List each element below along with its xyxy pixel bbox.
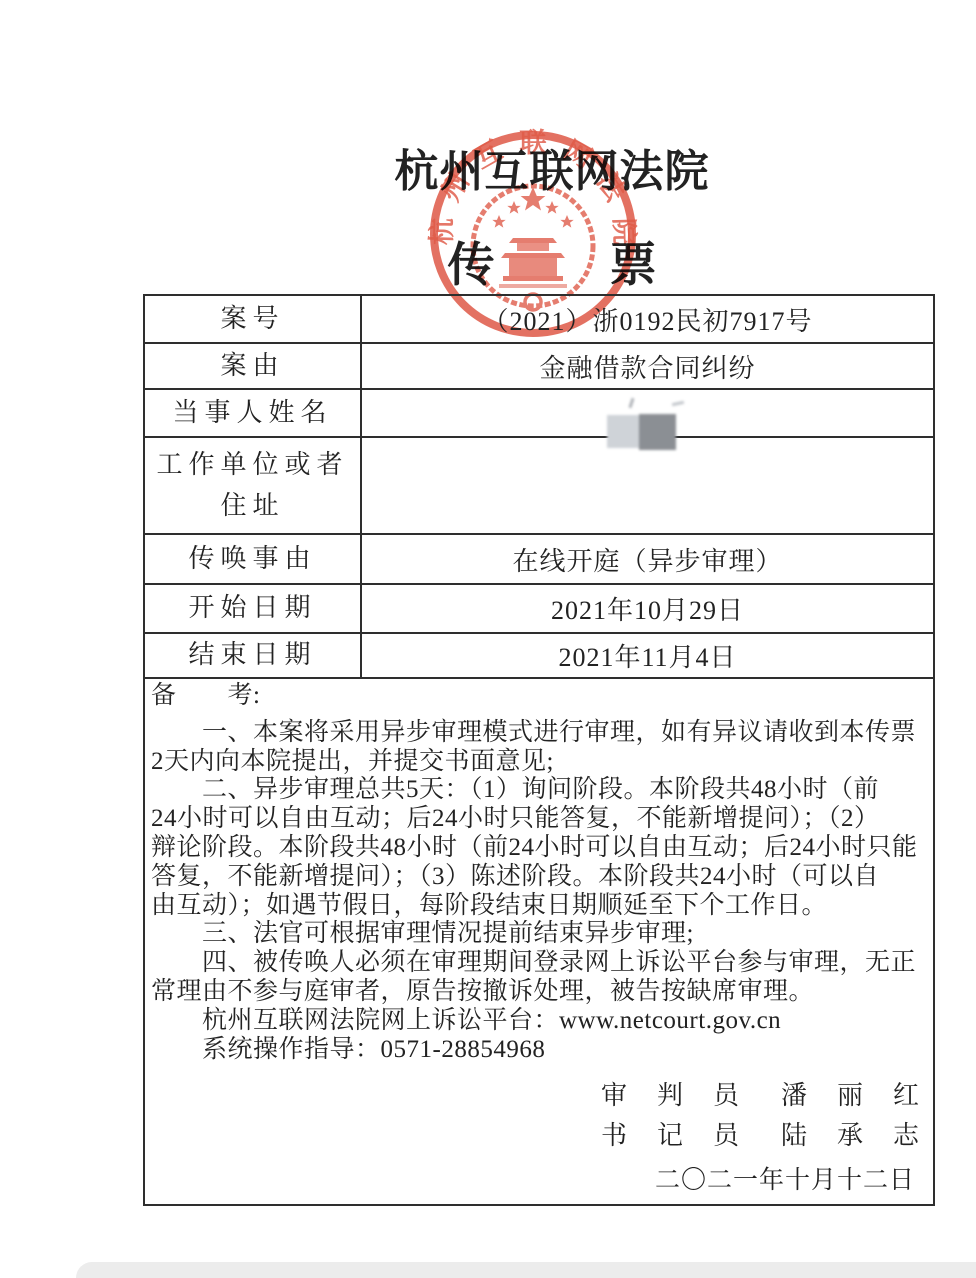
redaction-blur	[600, 396, 690, 452]
redacted-party-name	[600, 396, 690, 452]
judge-signature-row: 审判员潘丽红	[151, 1076, 927, 1116]
table-row: 结束日期 2021年11月4日	[144, 633, 934, 678]
summons-document-page: 杭州互联网法院 传票 杭州互联网法院	[0, 0, 976, 1278]
case-number-label: 案号	[144, 295, 361, 343]
summons-table: 案号 （2021）浙0192民初7917号 案由 金融借款合同纠纷 当事人姓名 …	[143, 294, 935, 1206]
court-name-title: 杭州互联网法院	[0, 146, 976, 198]
remark-line: 三、法官可根据审理情况提前结束异步审理;	[151, 920, 927, 949]
table-row: 工作单位或者 住址	[144, 437, 934, 534]
remark-line: 一、本案将采用异步审理模式进行审理，如有异议请收到本传票	[151, 719, 927, 748]
start-date-value: 2021年10月29日	[361, 584, 934, 633]
remark-line: 答复，不能新增提问）；（3）陈述阶段。本阶段共24小时（可以自	[151, 863, 927, 892]
start-date-label: 开始日期	[144, 584, 361, 633]
remark-line: 24小时可以自由互动；后24小时只能答复，不能新增提问）；（2）	[151, 805, 927, 834]
remarks-section: 备 考: 一、本案将采用异步审理模式进行审理，如有异议请收到本传票 2天内向本院…	[144, 678, 934, 1205]
end-date-label: 结束日期	[144, 633, 361, 678]
work-unit-address-label: 工作单位或者 住址	[144, 437, 361, 534]
summons-reason-label: 传唤事由	[144, 534, 361, 584]
clerk-role-label: 书记员	[601, 1121, 769, 1150]
remarks-label: 备 考:	[151, 682, 927, 711]
clerk-signature-row: 书记员陆承志	[151, 1116, 927, 1156]
table-row: 传唤事由 在线开庭（异步审理）	[144, 534, 934, 584]
remark-line: 辩论阶段。本阶段共48小时（前24小时可以自由互动；后24小时只能	[151, 834, 927, 863]
table-row: 当事人姓名	[144, 389, 934, 437]
next-card-top-edge	[76, 1262, 976, 1278]
table-row: 案由 金融借款合同纠纷	[144, 343, 934, 389]
remark-line: 二、异步审理总共5天：（1）询问阶段。本阶段共48小时（前	[151, 776, 927, 805]
party-name-label: 当事人姓名	[144, 389, 361, 437]
clerk-name: 陆承志	[781, 1121, 934, 1150]
judge-name: 潘丽红	[781, 1081, 934, 1110]
summons-reason-value: 在线开庭（异步审理）	[361, 534, 934, 584]
signature-block: 审判员潘丽红 书记员陆承志 二〇二一年十月十二日	[151, 1076, 927, 1201]
table-row: 开始日期 2021年10月29日	[144, 584, 934, 633]
cause-of-action-value: 金融借款合同纠纷	[361, 343, 934, 389]
judge-role-label: 审判员	[601, 1081, 769, 1110]
end-date-value: 2021年11月4日	[361, 633, 934, 678]
remark-line: 常理由不参与庭审者，原告按撤诉处理，被告按缺席审理。	[151, 978, 927, 1007]
remark-line: 系统操作指导：0571-28854968	[151, 1036, 927, 1065]
document-title: 传票	[0, 238, 976, 294]
remark-line: 2天内向本院提出，并提交书面意见;	[151, 748, 927, 777]
table-row: 案号 （2021）浙0192民初7917号	[144, 295, 934, 343]
cause-of-action-label: 案由	[144, 343, 361, 389]
issue-date: 二〇二一年十月十二日	[151, 1161, 927, 1201]
table-row: 备 考: 一、本案将采用异步审理模式进行审理，如有异议请收到本传票 2天内向本院…	[144, 678, 934, 1205]
case-number-value: （2021）浙0192民初7917号	[361, 295, 934, 343]
remark-line: 由互动）；如遇节假日，每阶段结束日期顺延至下个工作日。	[151, 892, 927, 921]
remark-line: 杭州互联网法院网上诉讼平台：www.netcourt.gov.cn	[151, 1007, 927, 1036]
remark-line: 四、被传唤人必须在审理期间登录网上诉讼平台参与审理，无正	[151, 949, 927, 978]
